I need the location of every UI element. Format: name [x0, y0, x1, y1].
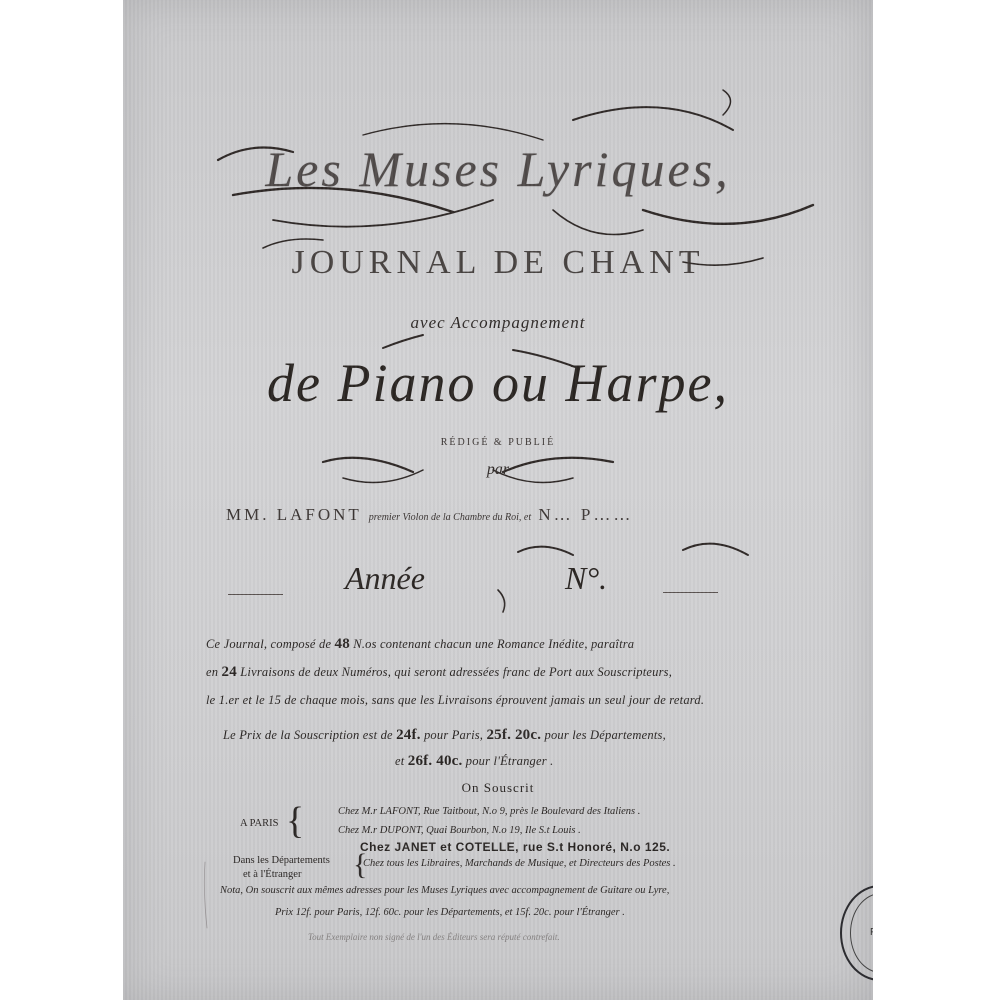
description-line-2: en 24 Livraisons de deux Numéros, qui se…	[206, 664, 672, 681]
description-line-3: le 1.er et le 15 de chaque mois, sans qu…	[206, 693, 704, 708]
address-janet-cotelle: Chez JANET et COTELLE, rue S.t Honoré, N…	[360, 840, 670, 854]
document-title: Les Muses Lyriques,	[123, 140, 873, 198]
year-label: Année	[345, 560, 425, 597]
author-role: premier Violon de la Chambre du Roi, et	[369, 512, 531, 523]
subscribe-heading: On Souscrit	[123, 780, 873, 796]
price-paris: 24f.	[396, 727, 421, 743]
address-dupont: Chez M.r DUPONT, Quai Bourbon, N.o 19, I…	[338, 825, 581, 836]
year-rule	[228, 594, 283, 595]
price-foreign: 26f. 40c.	[408, 753, 463, 769]
nota-line: Nota, On souscrit aux mêmes adresses pou…	[220, 885, 669, 896]
by-line: par	[123, 461, 873, 479]
number-rule	[663, 592, 718, 593]
number-label: N°.	[565, 560, 607, 597]
brace-icon: {	[286, 802, 304, 840]
price-line-2: et 26f. 40c. pour l'Étranger .	[395, 753, 553, 770]
nota-price-line: Prix 12f. pour Paris, 12f. 60c. pour les…	[275, 907, 625, 918]
address-departments: Chez tous les Libraires, Marchands de Mu…	[363, 858, 676, 869]
edited-line: RÉDIGÉ & PUBLIÉ	[123, 437, 873, 448]
paris-label: A PARIS	[240, 818, 278, 829]
instrument-line: de Piano ou Harpe,	[123, 352, 873, 414]
accompaniment-line: avec Accompagnement	[123, 313, 873, 333]
price-line-1: Le Prix de la Souscription est de 24f. p…	[223, 727, 666, 744]
price-departments: 25f. 20c.	[486, 727, 541, 743]
document-subtitle: JOURNAL DE CHANT	[123, 244, 873, 282]
background-margin	[873, 0, 996, 1000]
document-page: Les Muses Lyriques, JOURNAL DE CHANT ave…	[123, 0, 873, 1000]
authors-line: MM. LAFONT premier Violon de la Chambre …	[226, 505, 633, 525]
author-main: MM. LAFONT	[226, 505, 361, 524]
author-second: N… P……	[538, 505, 633, 524]
departments-label-2: et à l'Étranger	[243, 869, 301, 880]
departments-label-1: Dans les Départements	[233, 855, 330, 866]
footer-note: Tout Exemplaire non signé de l'un des Éd…	[308, 932, 560, 942]
address-lafont: Chez M.r LAFONT, Rue Taitbout, N.o 9, pr…	[338, 806, 640, 817]
description-line-1: Ce Journal, composé de 48 N.os contenant…	[206, 636, 634, 653]
